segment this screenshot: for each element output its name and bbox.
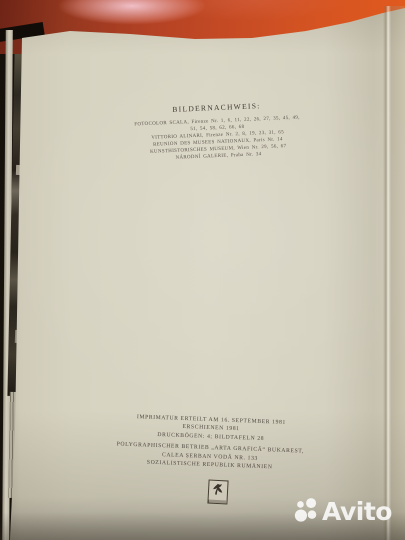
publisher-emblem: [207, 479, 228, 504]
avito-watermark: Avito: [294, 495, 392, 529]
avito-label: Avito: [322, 495, 392, 529]
emblem-micro-text: [208, 500, 226, 504]
avito-logo-icon: [294, 497, 318, 527]
book-photo: BILDERNACHWEIS: FOTOCOLOR SCALA, Firenze…: [0, 0, 405, 540]
